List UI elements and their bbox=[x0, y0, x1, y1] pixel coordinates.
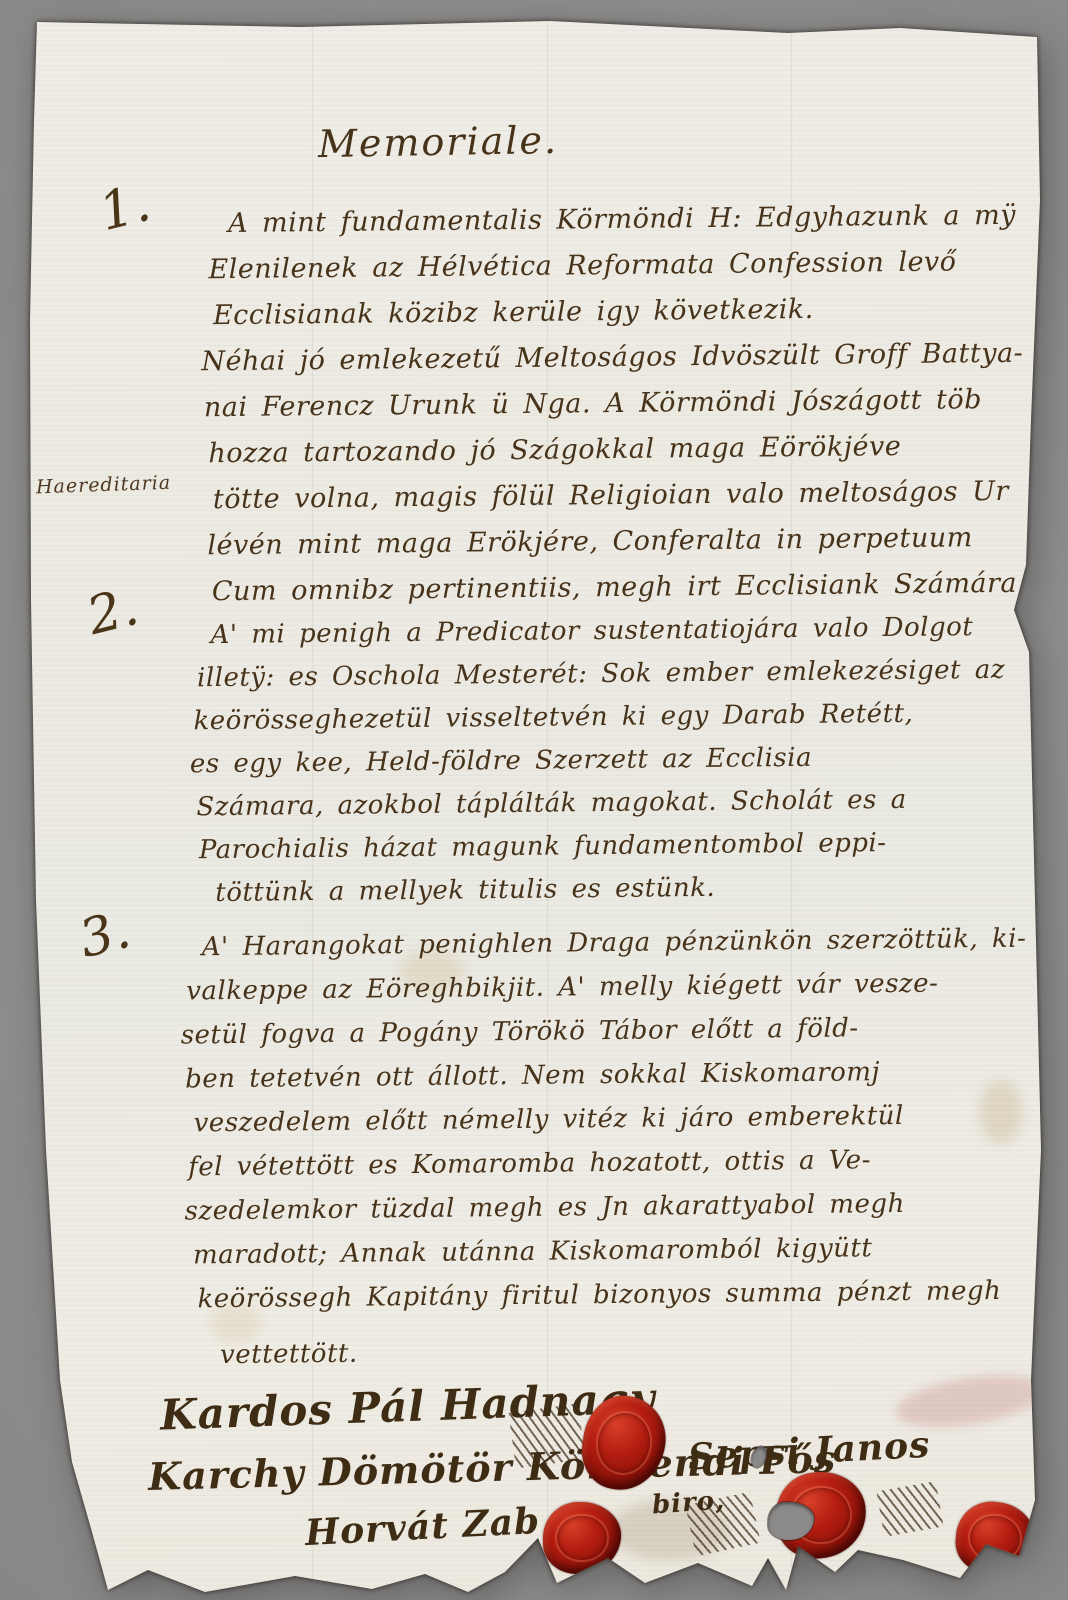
section-marker-3: 3. bbox=[73, 900, 136, 970]
wax-seal bbox=[1036, 1460, 1068, 1572]
scanned-document-photo: Memoriale. 1. A mint fundamentalis Körmö… bbox=[0, 0, 1068, 1600]
section-marker-1: 1. bbox=[93, 173, 156, 243]
pen-flourish bbox=[876, 1481, 943, 1537]
text-line: A mint fundamentalis Körmöndi H: Edgyhaz… bbox=[228, 200, 1023, 254]
wax-seal bbox=[953, 1499, 1037, 1578]
signature-karchy-domotor: Karchy Dömötör Körmendi Fős bbox=[148, 1436, 837, 1499]
paragraph-3: A' Harangokat penighlen Draga pénzünkön … bbox=[192, 924, 1031, 1385]
margin-annotation: Haereditaria bbox=[36, 472, 172, 499]
wax-seal bbox=[543, 1502, 621, 1574]
pen-flourish bbox=[508, 1403, 585, 1468]
signature-horvat: Horvát Zab bbox=[304, 1500, 541, 1554]
manuscript-paper: Memoriale. 1. A mint fundamentalis Körmö… bbox=[0, 0, 1068, 1600]
paragraph-1: A mint fundamentalis Körmöndi H: Edgyhaz… bbox=[200, 200, 1027, 623]
text-line: töttünk a mellyek titulis es estünk. bbox=[215, 870, 1007, 921]
document-title: Memoriale. bbox=[318, 118, 559, 166]
text-line: keörössegh Kapitány firitul bizonyos sum… bbox=[197, 1276, 1030, 1329]
section-marker-2: 2. bbox=[81, 577, 144, 647]
paper-shadow: Memoriale. 1. A mint fundamentalis Körmö… bbox=[0, 0, 1068, 1600]
paragraph-2: A' mi penigh a Predicator sustentatiojár… bbox=[196, 612, 1007, 921]
